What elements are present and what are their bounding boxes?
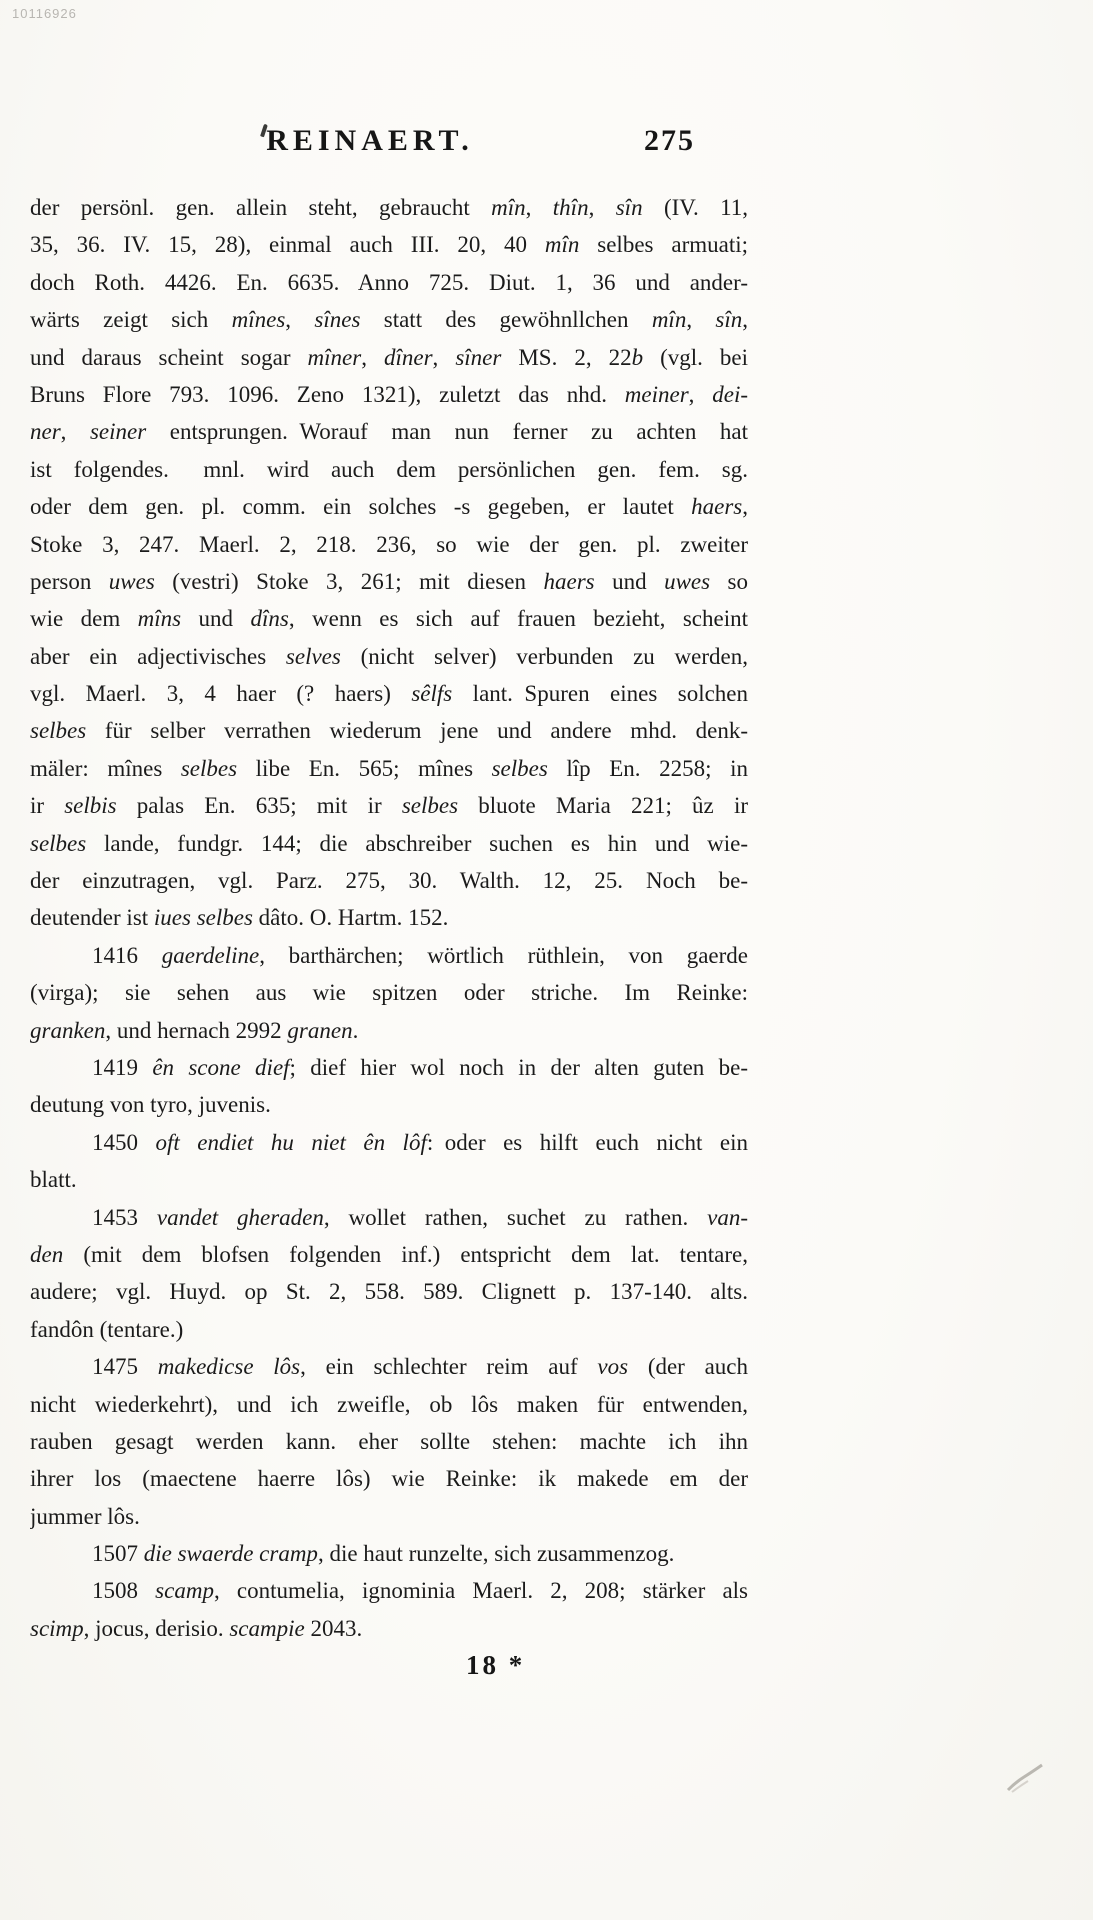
text-line: der persönl. gen. allein steht, gebrauch… <box>30 189 748 226</box>
text-line: 35, 36. IV. 15, 28), einmal auch III. 20… <box>30 226 748 263</box>
text-line: (virga); sie sehen aus wie spitzen oder … <box>30 974 748 1011</box>
text-line: Bruns Flore 793. 1096. Zeno 1321), zulet… <box>30 376 748 413</box>
text-line: den (mit dem blofsen folgenden inf.) ent… <box>30 1236 748 1273</box>
text-line: 1475 makedicse lôs, ein schlechter reim … <box>30 1348 748 1385</box>
text-line: selbes für selber verrathen wiederum jen… <box>30 712 748 749</box>
text-line: deutender ist iues selbes dâto. O. Hartm… <box>30 899 748 936</box>
text-line: ist folgendes. mnl. wird auch dem persön… <box>30 451 748 488</box>
text-line: mäler: mînes selbes libe En. 565; mînes … <box>30 750 748 787</box>
text-line: und daraus scheint sogar mîner, dîner, s… <box>30 339 748 376</box>
text-line: granken, und hernach 2992 granen. <box>30 1012 748 1049</box>
text-line: vgl. Maerl. 3, 4 haer (? haers) sêlfs la… <box>30 675 748 712</box>
text-line: fandôn (tentare.) <box>30 1311 748 1348</box>
text-line: selbes lande, fundgr. 144; die abschreib… <box>30 825 748 862</box>
text-line: jummer lôs. <box>30 1498 748 1535</box>
page-number: 275 <box>644 124 695 158</box>
page-title: REINAERT. <box>0 124 740 158</box>
text-line: ihrer los (maectene haerre lôs) wie Rein… <box>30 1460 748 1497</box>
text-line: 1453 vandet gheraden, wollet rathen, suc… <box>30 1199 748 1236</box>
text-line: person uwes (vestri) Stoke 3, 261; mit d… <box>30 563 748 600</box>
text-line: 1507 die swaerde cramp, die haut runzelt… <box>30 1535 748 1572</box>
text-line: scimp, jocus, derisio. scampie 2043. <box>30 1610 748 1647</box>
page: { "scan_id": "10116926", "header": { "ti… <box>0 0 1093 1920</box>
text-line: wie dem mîns und dîns, wenn es sich auf … <box>30 600 748 637</box>
text-line: deutung von tyro, juvenis. <box>30 1086 748 1123</box>
text-line: ner, seiner entsprungen. Worauf man nun … <box>30 413 748 450</box>
text-line: rauben gesagt werden kann. eher sollte s… <box>30 1423 748 1460</box>
text-line: oder dem gen. pl. comm. ein solches -s g… <box>30 488 748 525</box>
text-line: nicht wiederkehrt), und ich zweifle, ob … <box>30 1386 748 1423</box>
text-line: doch Roth. 4426. En. 6635. Anno 725. Diu… <box>30 264 748 301</box>
text-line: Stoke 3, 247. Maerl. 2, 218. 236, so wie… <box>30 526 748 563</box>
text-line: ir selbis palas En. 635; mit ir selbes b… <box>30 787 748 824</box>
text-line: 1416 gaerdeline, barthärchen; wörtlich r… <box>30 937 748 974</box>
text-line: wärts zeigt sich mînes, sînes statt des … <box>30 301 748 338</box>
text-line: audere; vgl. Huyd. op St. 2, 558. 589. C… <box>30 1273 748 1310</box>
text-line: aber ein adjectivisches selves (nicht se… <box>30 638 748 675</box>
text-block: der persönl. gen. allein steht, gebrauch… <box>30 189 748 1647</box>
text-line: blatt. <box>30 1161 748 1198</box>
text-line: 1419 ên scone dief; dief hier wol noch i… <box>30 1049 748 1086</box>
pencil-mark <box>1002 1760 1050 1800</box>
text-line: 1508 scamp, contumelia, ignominia Maerl.… <box>30 1572 748 1609</box>
signature-mark: 18 * <box>466 1650 525 1681</box>
text-line: 1450 oft endiet hu niet ên lôf: oder es … <box>30 1124 748 1161</box>
text-line: der einzutragen, vgl. Parz. 275, 30. Wal… <box>30 862 748 899</box>
scan-id-stamp: 10116926 <box>12 6 77 21</box>
